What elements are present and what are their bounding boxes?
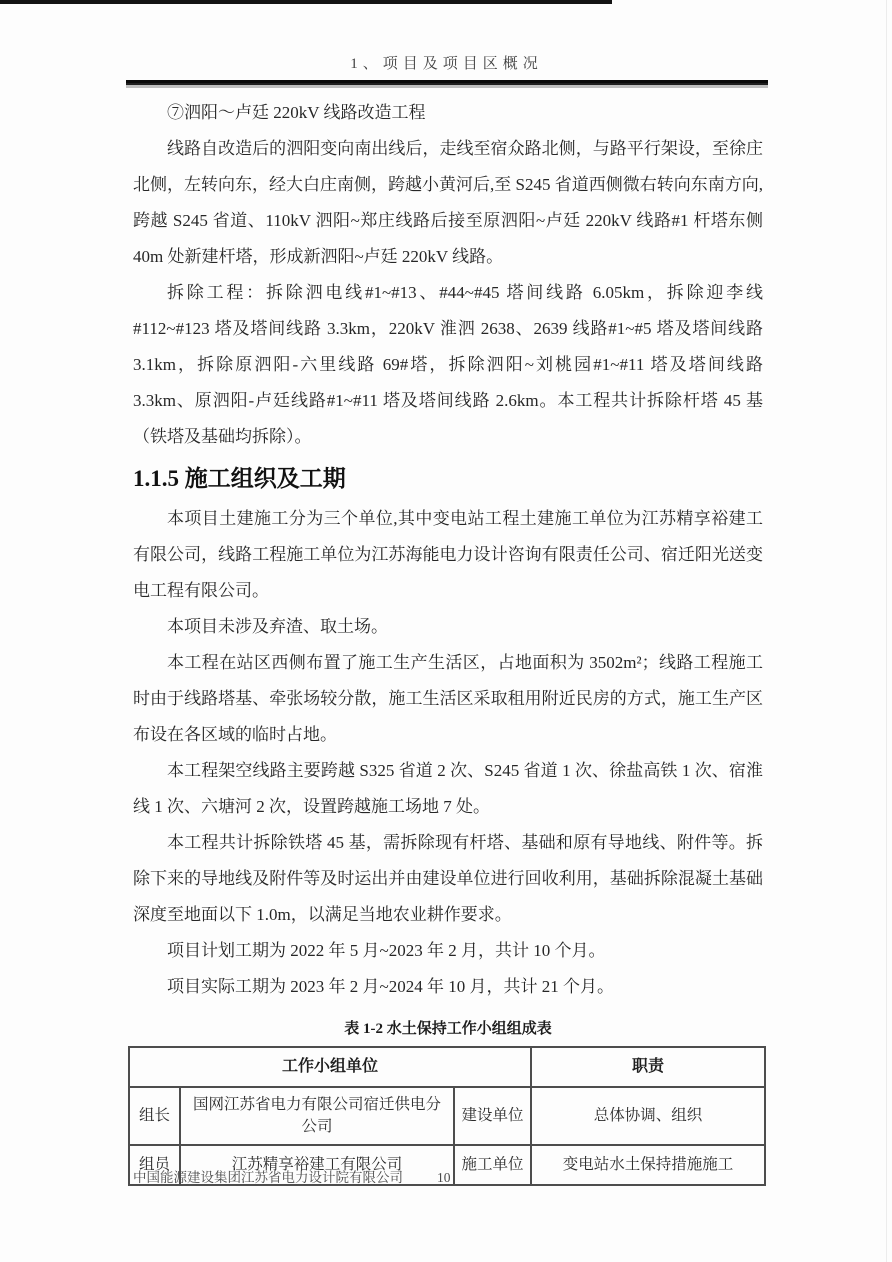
paragraph-construction-units: 本项目土建施工分为三个单位,其中变电站工程土建施工单位为江苏精享裕建工有限公司，…: [133, 501, 763, 609]
paragraph-subproject-title: ⑦泗阳～卢廷 220kV 线路改造工程: [133, 95, 763, 131]
cell-duty-leader: 总体协调、组织: [531, 1087, 765, 1145]
document-page: 1、项目及项目区概况 ⑦泗阳～卢廷 220kV 线路改造工程 线路自改造后的泗阳…: [0, 0, 892, 1262]
paragraph-planned-schedule: 项目计划工期为 2022 年 5 月~2023 年 2 月，共计 10 个月。: [133, 933, 763, 969]
cell-duty-member: 变电站水土保持措施施工: [531, 1145, 765, 1185]
paragraph-tower-removal: 本工程共计拆除铁塔 45 基，需拆除现有杆塔、基础和原有导地线、附件等。拆除下来…: [133, 825, 763, 933]
page-edge-line: [886, 0, 887, 1262]
cell-unit-leader: 国网江苏省电力有限公司宿迁供电分公司: [180, 1087, 454, 1145]
paragraph-no-spoil-ground: 本项目未涉及弃渣、取土场。: [133, 609, 763, 645]
header-double-rule: [126, 80, 768, 85]
paragraph-actual-schedule: 项目实际工期为 2023 年 2 月~2024 年 10 月，共计 21 个月。: [133, 969, 763, 1005]
paragraph-demolition-works: 拆除工程：拆除泗电线#1~#13、#44~#45 塔间线路 6.05km，拆除迎…: [133, 275, 763, 455]
table-header-duty: 职责: [531, 1047, 765, 1087]
section-heading-1-1-5: 1.1.5 施工组织及工期: [133, 463, 763, 495]
cell-type-leader: 建设单位: [454, 1087, 531, 1145]
running-header-title: 1、项目及项目区概况: [127, 52, 766, 73]
footer-page-number: 10: [437, 1170, 451, 1186]
paragraph-route-description: 线路自改造后的泗阳变向南出线后，走线至宿众路北侧，与路平行架设，至徐庄北侧，左转…: [133, 131, 763, 275]
scan-artifact-top-bar: [0, 0, 612, 4]
footer-company-name: 中国能源建设集团江苏省电力设计院有限公司: [133, 1166, 403, 1186]
page-footer: 中国能源建设集团江苏省电力设计院有限公司 10: [133, 1166, 451, 1186]
table-header-row: 工作小组单位 职责: [129, 1047, 765, 1087]
paragraph-living-area: 本工程在站区西侧布置了施工生产生活区，占地面积为 3502m²；线路工程施工时由…: [133, 645, 763, 753]
work-group-table: 工作小组单位 职责 组长 国网江苏省电力有限公司宿迁供电分公司 建设单位 总体协…: [128, 1046, 766, 1186]
cell-role-leader: 组长: [129, 1087, 180, 1145]
cell-type-member: 施工单位: [454, 1145, 531, 1185]
table-row-leader: 组长 国网江苏省电力有限公司宿迁供电分公司 建设单位 总体协调、组织: [129, 1087, 765, 1145]
document-body: ⑦泗阳～卢廷 220kV 线路改造工程 线路自改造后的泗阳变向南出线后，走线至宿…: [133, 95, 763, 1186]
table-header-group-unit: 工作小组单位: [129, 1047, 531, 1087]
table-caption: 表 1-2 水土保持工作小组组成表: [133, 1017, 763, 1038]
paragraph-crossings: 本工程架空线路主要跨越 S325 省道 2 次、S245 省道 1 次、徐盐高铁…: [133, 753, 763, 825]
